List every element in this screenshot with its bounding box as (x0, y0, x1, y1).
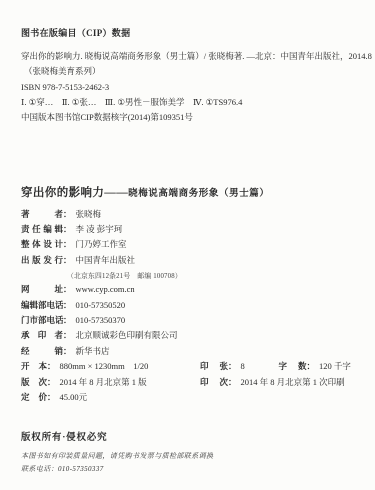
printer-row: 承 印 者：北京顺诚彩色印刷有限公司 (21, 328, 366, 343)
colon: ： (47, 391, 56, 403)
author-label: 著 者 (21, 208, 63, 220)
cip-header: 图书在版编目（CIP）数据 (21, 26, 363, 41)
website-row: 网 址：www.cyp.com.cn (21, 282, 366, 297)
cip-description: 穿出你的影响力. 晓梅说高端商务形象（男士篇）/ 张晓梅著. —北京：中国青年出… (21, 49, 363, 64)
book-title: 穿出你的影响力——晓梅说高端商务形象（男士篇） (21, 183, 270, 201)
publisher-label: 出版发行 (21, 254, 63, 266)
impression-label: 印 次 (200, 376, 228, 388)
editorial-phone-row: 编辑部电话：010-57350520 (21, 297, 366, 312)
colon: ： (63, 254, 72, 266)
format-label: 开 本 (21, 360, 47, 372)
author-value: 张晓梅 (76, 208, 102, 220)
cip-series: （张晓梅美育系列） (21, 64, 363, 79)
printer-label: 承 印 者 (21, 329, 63, 341)
author-row: 著 者：张晓梅 (21, 206, 366, 221)
price-label: 定 价 (21, 391, 47, 403)
book-title-main: 穿出你的影响力—— (21, 187, 128, 199)
impression-value: 2014 年 8 月北京第 1 次印刷 (241, 376, 345, 388)
cip-isbn: ISBN 978-7-5153-2462-3 (21, 80, 363, 95)
editorial-phone-label: 编辑部电话 (21, 299, 63, 311)
editorial-phone-value: 010-57350520 (76, 300, 126, 310)
copyright-block: 版权所有·侵权必究 本图书如有印装质量问题，请凭购书发票与质检部联系调换 联系电… (21, 429, 361, 476)
edition-row: 版 次：2014 年 8 月北京第 1 版 印 次：2014 年 8 月北京第 … (21, 374, 366, 389)
editor-row: 责任编辑：李 凌 彭宇珂 (21, 221, 366, 236)
cip-record-number: 中国版本图书馆CIP数据核字(2014)第109351号 (21, 110, 363, 125)
distributor-value: 新华书店 (76, 345, 110, 357)
price-value: 45.00元 (60, 391, 88, 403)
colon: ： (47, 360, 56, 372)
cip-block: 图书在版编目（CIP）数据 穿出你的影响力. 晓梅说高端商务形象（男士篇）/ 张… (21, 26, 363, 125)
website-label: 网 址 (21, 283, 63, 295)
copyright-note-quality: 本图书如有印装质量问题，请凭购书发票与质检部联系调换 (21, 450, 361, 463)
format-row: 开 本：880mm × 1230mm 1/20 印 张：8 字 数：120 千字 (21, 359, 366, 374)
publisher-value: 中国青年出版社 (76, 254, 136, 266)
price-row: 定 价：45.00元 (21, 389, 366, 404)
colon: ： (63, 299, 72, 311)
printer-value: 北京顺诚彩色印刷有限公司 (76, 329, 178, 341)
design-label: 整体设计 (21, 238, 63, 250)
sheets-label: 印 张 (200, 360, 228, 372)
format-value: 880mm × 1230mm 1/20 (60, 360, 149, 372)
copyright-heading: 版权所有·侵权必究 (21, 429, 361, 443)
design-row: 整体设计：门乃婷工作室 (21, 237, 366, 252)
edition-label: 版 次 (21, 376, 47, 388)
sales-phone-value: 010-57350370 (76, 315, 126, 325)
colon: ： (63, 345, 72, 357)
book-title-subtitle: 晓梅说高端商务形象（男士篇） (128, 189, 269, 199)
sheets-value: 8 (241, 361, 279, 371)
distributor-label: 经 销 (21, 345, 63, 357)
book-copyright-page: 图书在版编目（CIP）数据 穿出你的影响力. 晓梅说高端商务形象（男士篇）/ 张… (0, 0, 375, 490)
colon: ： (47, 376, 56, 388)
colon: ： (63, 238, 72, 250)
sales-phone-label: 门市部电话 (21, 314, 63, 326)
website-value: www.cyp.com.cn (76, 284, 135, 294)
publisher-row: 出版发行：中国青年出版社 (21, 252, 366, 267)
colophon-block: 著 者：张晓梅 责任编辑：李 凌 彭宇珂 整体设计：门乃婷工作室 出版发行：中国… (21, 206, 366, 405)
colon: ： (63, 283, 72, 295)
colon: ： (63, 208, 72, 220)
colon: ： (63, 314, 72, 326)
colon: ： (228, 376, 237, 388)
copyright-note-phone: 联系电话：010-57350337 (21, 463, 361, 476)
publisher-address-note: （北京东四12条21号 邮编 100708） (21, 268, 366, 282)
wordcount-label: 字 数 (279, 360, 307, 372)
colon: ： (307, 360, 316, 372)
sales-phone-row: 门市部电话：010-57350370 (21, 312, 366, 327)
distributor-row: 经 销：新华书店 (21, 343, 366, 358)
colon: ： (228, 360, 237, 372)
wordcount-value: 120 千字 (319, 360, 351, 372)
cip-classification: Ⅰ. ①穿… Ⅱ. ①张… Ⅲ. ①男性－服饰美学 Ⅳ. ①TS976.4 (21, 95, 363, 110)
colon: ： (63, 223, 72, 235)
editor-value: 李 凌 彭宇珂 (76, 223, 123, 235)
colon: ： (63, 329, 72, 341)
edition-value: 2014 年 8 月北京第 1 版 (60, 376, 147, 388)
editor-label: 责任编辑 (21, 223, 63, 235)
design-value: 门乃婷工作室 (76, 238, 127, 250)
